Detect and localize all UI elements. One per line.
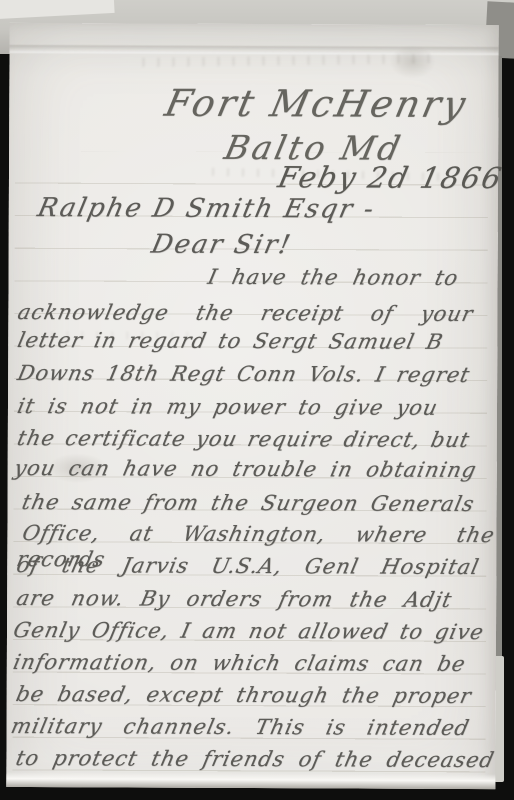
body-line: Genly Office, I am not allowed to give <box>11 617 487 645</box>
salutation-line: Dear Sir! <box>149 230 295 261</box>
paper-smudge <box>389 45 435 79</box>
page-bottom-edge <box>6 772 495 789</box>
recipient-line: Ralphe D Smith Esqr - <box>35 193 378 224</box>
body-line: to protect the friends of the deceased <box>13 745 497 773</box>
body-line: military channels. This is intended <box>9 713 473 741</box>
body-line: information, on which claims can be <box>11 649 469 677</box>
heading-date-line: Feby 2d 1866 - <box>275 160 514 195</box>
body-line: are now. By orders from the Adjt <box>14 585 455 613</box>
body-line: I have the honor to <box>206 264 462 291</box>
body-line: the same from the Surgeon Generals <box>20 489 478 517</box>
letter-page: Fort McHenry Balto Md Feby 2d 1866 - Ral… <box>6 23 498 789</box>
body-line: Downs 18th Regt Conn Vols. I regret <box>15 360 473 388</box>
body-line: be based, except through the proper <box>14 681 475 709</box>
body-line: of the Jarvis U.S.A, Genl Hospital <box>14 552 482 580</box>
body-line: it is not in my power to give you <box>15 393 441 421</box>
body-line: the certificate you require direct, but <box>15 425 473 453</box>
body-line: acknowledge the receipt of your <box>15 299 476 327</box>
body-line: letter in regard to Sergt Samuel B <box>15 327 446 355</box>
body-line: you can have no trouble in obtaining <box>12 455 480 483</box>
heading-place-line: Fort McHenry <box>161 82 472 126</box>
scan-background: Fort McHenry Balto Md Feby 2d 1866 - Ral… <box>0 0 514 800</box>
